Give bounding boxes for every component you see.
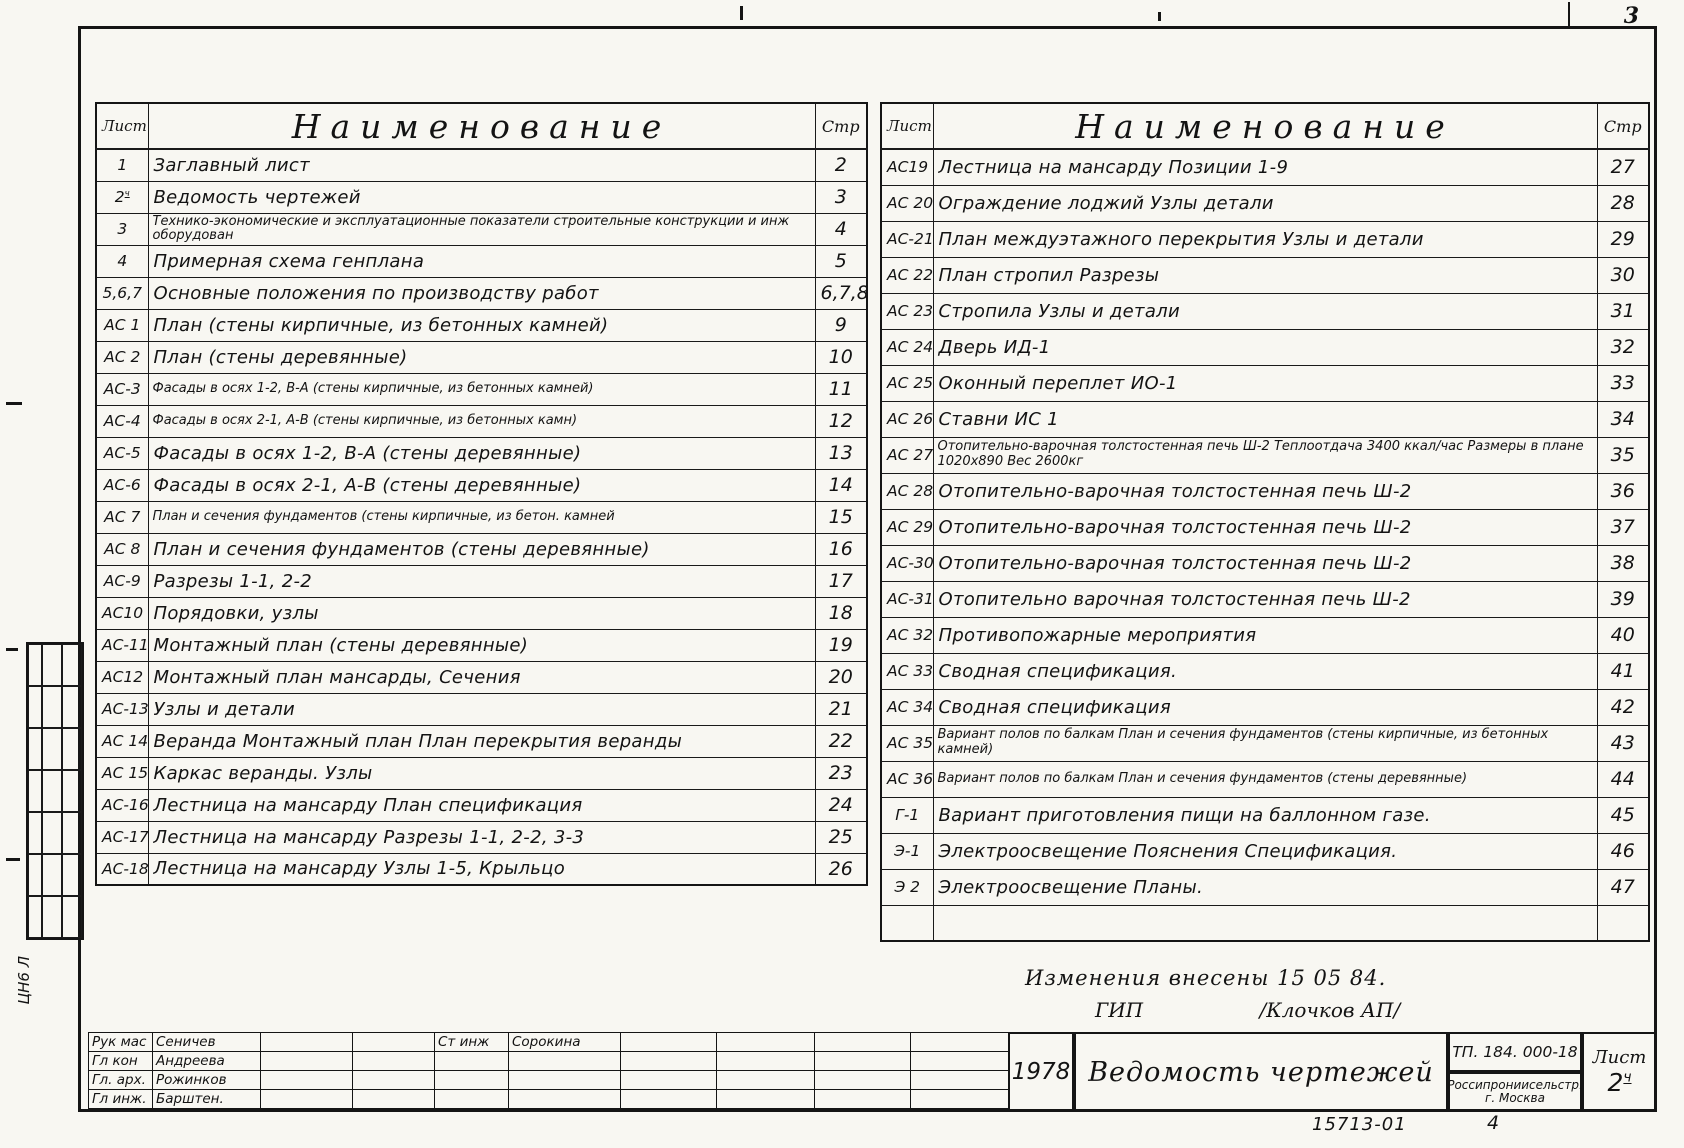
name-cell: Рожинков: [153, 1071, 261, 1090]
sheet-cell: АС 32: [881, 617, 933, 653]
page-cell: 18: [815, 597, 867, 629]
edge-tick-mark: [1158, 12, 1161, 21]
year-cell: 1978: [1008, 1032, 1074, 1112]
name-cell: Сводная спецификация: [933, 689, 1597, 725]
margin-grid-cell: [62, 770, 82, 812]
sheet-cell: АС 35: [881, 725, 933, 761]
margin-grid-cell: [62, 728, 82, 770]
sheet-cell: Г-1: [881, 797, 933, 833]
drawing-row: АС-13Узлы и детали21: [96, 693, 867, 725]
empty-cell: [815, 1052, 911, 1071]
empty-cell: [911, 1033, 1009, 1052]
name-cell: Лестница на мансарду Разрезы 1-1, 2-2, 3…: [148, 821, 815, 853]
drawing-row: АС 27Отопительно-варочная толстостенная …: [881, 437, 1649, 473]
drawing-row: Г-1Вариант приготовления пищи на баллонн…: [881, 797, 1649, 833]
drawing-row: АС-31Отопительно варочная толстостенная …: [881, 581, 1649, 617]
sheet-cell: АС 34: [881, 689, 933, 725]
sheet-cell: АС 26: [881, 401, 933, 437]
name-cell: Оконный переплет ИО-1: [933, 365, 1597, 401]
empty-cell: [911, 1052, 1009, 1071]
sheet-cell: АС 28: [881, 473, 933, 509]
name-cell: [509, 1090, 621, 1109]
drawing-row: АС 24Дверь ИД-132: [881, 329, 1649, 365]
role-cell: [435, 1052, 509, 1071]
drawing-row: 4Примерная схема генплана5: [96, 245, 867, 277]
sheet-cell: АС19: [881, 149, 933, 185]
margin-grid-cell: [42, 644, 62, 686]
page-cell: 24: [815, 789, 867, 821]
name-cell: Вариант полов по балкам План и сечения ф…: [933, 761, 1597, 797]
gip-signature: /Клочков АП/: [1259, 998, 1400, 1022]
margin-grid-cell: [28, 644, 42, 686]
margin-grid-cell: [42, 686, 62, 728]
page-cell: 43: [1597, 725, 1649, 761]
name-cell: Порядовки, узлы: [148, 597, 815, 629]
name-cell: Разрезы 1-1, 2-2: [148, 565, 815, 597]
drawing-row: АС 7План и сечения фундаментов (стены ки…: [96, 501, 867, 533]
edge-tick-mark: [740, 6, 743, 20]
gip-label: ГИП: [1095, 998, 1143, 1022]
name-cell: Отопительно-варочная толстостенная печь …: [933, 473, 1597, 509]
page-cell: 31: [1597, 293, 1649, 329]
empty-cell: [717, 1090, 815, 1109]
page-cell: 10: [815, 341, 867, 373]
page-cell: 29: [1597, 221, 1649, 257]
sheet-cell: АС 25: [881, 365, 933, 401]
name-cell: Монтажный план (стены деревянные): [148, 629, 815, 661]
page-cell: 41: [1597, 653, 1649, 689]
sheet-number: 2ч: [1607, 1068, 1631, 1097]
organization-cell: Россипрониисельстр. г. Москва: [1448, 1072, 1582, 1112]
name-cell: Андреева: [153, 1052, 261, 1071]
sheet-cell: Э-1: [881, 833, 933, 869]
name-cell: Отопительно варочная толстостенная печь …: [933, 581, 1597, 617]
page-cell: 3: [815, 181, 867, 213]
sheet-cell: АС 14: [96, 725, 148, 757]
drawing-row: АС 1План (стены кирпичные, из бетонных к…: [96, 309, 867, 341]
name-cell: Противопожарные мероприятия: [933, 617, 1597, 653]
sheet-cell: АС-17: [96, 821, 148, 853]
name-cell: Веранда Монтажный план План перекрытия в…: [148, 725, 815, 757]
name-cell: Сводная спецификация.: [933, 653, 1597, 689]
empty-cell: [717, 1033, 815, 1052]
empty-cell: [717, 1052, 815, 1071]
sheet-cell: АС-18: [96, 853, 148, 885]
name-cell: Сеничев: [153, 1033, 261, 1052]
name-cell: Электроосвещение Планы.: [933, 869, 1597, 905]
name-cell: [509, 1052, 621, 1071]
name-cell: Ведомость чертежей: [148, 181, 815, 213]
role-cell: Гл. арх.: [89, 1071, 153, 1090]
sheet-number-cell: Лист 2ч: [1582, 1032, 1657, 1112]
drawing-row: Э-1Электроосвещение Пояснения Спецификац…: [881, 833, 1649, 869]
archive-stamp-number: 15713-01: [1312, 1114, 1407, 1135]
margin-grid-cell: [28, 854, 42, 896]
name-cell: Фасады в осях 2-1, А-В (стены кирпичные,…: [148, 405, 815, 437]
revision-note: Изменения внесены 15 05 84.: [1025, 966, 1386, 990]
margin-grid-cell: [28, 896, 42, 938]
drawing-row: АС 33Сводная спецификация.41: [881, 653, 1649, 689]
sheet-cell: АС-13: [96, 693, 148, 725]
drawing-row: АС-4Фасады в осях 2-1, А-В (стены кирпич…: [96, 405, 867, 437]
page-cell: 21: [815, 693, 867, 725]
empty-cell: [815, 1033, 911, 1052]
page-cell: 4: [815, 213, 867, 245]
drawing-row: АС-17Лестница на мансарду Разрезы 1-1, 2…: [96, 821, 867, 853]
edge-tick-mark: [6, 858, 20, 861]
name-cell: Монтажный план мансарды, Сечения: [148, 661, 815, 693]
drawing-row: АС 20Ограждение лоджий Узлы детали28: [881, 185, 1649, 221]
drawing-row: АС 15Каркас веранды. Узлы23: [96, 757, 867, 789]
empty-cell: [621, 1052, 717, 1071]
scanned-drawing-sheet: 3 ЛистНаименованиеСтр1Заглавный лист22чВ…: [0, 0, 1684, 1148]
drawing-row: [881, 905, 1649, 941]
name-cell: Вариант приготовления пищи на баллонном …: [933, 797, 1597, 833]
signature-row: Гл. арх.Рожинков: [89, 1071, 1009, 1090]
signature-row: Рук масСеничевСт инжСорокина: [89, 1033, 1009, 1052]
page-cell: 33: [1597, 365, 1649, 401]
page-cell: 32: [1597, 329, 1649, 365]
page-cell: 25: [815, 821, 867, 853]
page-cell: 44: [1597, 761, 1649, 797]
name-cell: Фасады в осях 1-2, В-А (стены кирпичные,…: [148, 373, 815, 405]
column-header-sheet: Лист: [881, 103, 933, 149]
name-cell: Дверь ИД-1: [933, 329, 1597, 365]
name-cell: Вариант полов по балкам План и сечения ф…: [933, 725, 1597, 761]
page-cell: 19: [815, 629, 867, 661]
page-cell: 22: [815, 725, 867, 757]
sheet-cell: [881, 905, 933, 941]
page-cell: 9: [815, 309, 867, 341]
empty-cell: [621, 1090, 717, 1109]
name-cell: Основные положения по производству работ: [148, 277, 815, 309]
name-cell: Ограждение лоджий Узлы детали: [933, 185, 1597, 221]
drawing-row: АС 32Противопожарные мероприятия40: [881, 617, 1649, 653]
project-code: ТП. 184. 000-18: [1448, 1032, 1582, 1072]
inventory-number-label: ЦН6 Л: [10, 940, 38, 1020]
empty-cell: [353, 1071, 435, 1090]
organization-city: г. Москва: [1485, 1092, 1545, 1105]
sheet-cell: АС 24: [881, 329, 933, 365]
page-cell: 15: [815, 501, 867, 533]
drawing-row: 1Заглавный лист2: [96, 149, 867, 181]
name-cell: Лестница на мансарду План спецификация: [148, 789, 815, 821]
edge-tick-mark: [6, 402, 22, 405]
page-cell: 17: [815, 565, 867, 597]
signature-row: Гл конАндреева: [89, 1052, 1009, 1071]
page-cell: 34: [1597, 401, 1649, 437]
column-header-sheet: Лист: [96, 103, 148, 149]
name-cell: Примерная схема генплана: [148, 245, 815, 277]
margin-grid-cell: [62, 644, 82, 686]
name-cell: Заглавный лист: [148, 149, 815, 181]
empty-cell: [621, 1033, 717, 1052]
archive-stamp-sheet: 4: [1487, 1112, 1499, 1134]
column-header-name: Наименование: [933, 103, 1597, 149]
margin-grid-cell: [28, 686, 42, 728]
drawing-row: АС-21План междуэтажного перекрытия Узлы …: [881, 221, 1649, 257]
page-cell: 14: [815, 469, 867, 501]
page-cell: 6,7,8: [815, 277, 867, 309]
role-cell: Рук мас: [89, 1033, 153, 1052]
page-cell: 37: [1597, 509, 1649, 545]
empty-cell: [911, 1071, 1009, 1090]
name-cell: [933, 905, 1597, 941]
name-cell: Каркас веранды. Узлы: [148, 757, 815, 789]
drawing-row: АС 35Вариант полов по балкам План и сече…: [881, 725, 1649, 761]
name-cell: Отопительно-варочная толстостенная печь …: [933, 509, 1597, 545]
empty-cell: [911, 1090, 1009, 1109]
page-cell: 11: [815, 373, 867, 405]
role-cell: Гл инж.: [89, 1090, 153, 1109]
sheet-cell: АС-6: [96, 469, 148, 501]
role-cell: [435, 1071, 509, 1090]
sheet-cell: АС 33: [881, 653, 933, 689]
empty-cell: [353, 1090, 435, 1109]
gip-signature-line: ГИП /Клочков АП/: [1095, 998, 1400, 1022]
edge-tick-mark: [6, 648, 18, 651]
drawing-row: АС-11Монтажный план (стены деревянные)19: [96, 629, 867, 661]
page-cell: 27: [1597, 149, 1649, 185]
page-cell: 38: [1597, 545, 1649, 581]
drawing-row: АС-9Разрезы 1-1, 2-217: [96, 565, 867, 597]
margin-grid-cell: [42, 854, 62, 896]
sheet-cell: АС 8: [96, 533, 148, 565]
column-header-page: Стр: [1597, 103, 1649, 149]
drawing-row: АС 23Стропила Узлы и детали31: [881, 293, 1649, 329]
margin-grid-cell: [28, 812, 42, 854]
name-cell: Ставни ИС 1: [933, 401, 1597, 437]
drawing-row: АС-18Лестница на мансарду Узлы 1-5, Крыл…: [96, 853, 867, 885]
name-cell: Лестница на мансарду Позиции 1-9: [933, 149, 1597, 185]
drawing-row: АС-16Лестница на мансарду План специфика…: [96, 789, 867, 821]
page-cell: 39: [1597, 581, 1649, 617]
empty-cell: [261, 1071, 353, 1090]
margin-grid-cell: [62, 896, 82, 938]
drawing-row: АС 25Оконный переплет ИО-133: [881, 365, 1649, 401]
drawing-row: АС10Порядовки, узлы18: [96, 597, 867, 629]
page-cell: 40: [1597, 617, 1649, 653]
sheet-cell: АС-11: [96, 629, 148, 661]
page-cell: 47: [1597, 869, 1649, 905]
signature-row: Гл инж.Барштен.: [89, 1090, 1009, 1109]
name-cell: Фасады в осях 2-1, А-В (стены деревянные…: [148, 469, 815, 501]
margin-grid-cell: [28, 770, 42, 812]
sheet-cell: АС-5: [96, 437, 148, 469]
role-cell: [435, 1090, 509, 1109]
column-header-name: Наименование: [148, 103, 815, 149]
page-cell: 13: [815, 437, 867, 469]
role-cell: Гл кон: [89, 1052, 153, 1071]
sheet-cell: Э 2: [881, 869, 933, 905]
drawing-row: АС 14Веранда Монтажный план План перекры…: [96, 725, 867, 757]
empty-cell: [621, 1071, 717, 1090]
page-cell: 20: [815, 661, 867, 693]
drawing-row: Э 2Электроосвещение Планы.47: [881, 869, 1649, 905]
drawing-row: 5,6,7Основные положения по производству …: [96, 277, 867, 309]
role-cell: Ст инж: [435, 1033, 509, 1052]
sheet-cell: АС 29: [881, 509, 933, 545]
empty-cell: [815, 1090, 911, 1109]
name-cell: План междуэтажного перекрытия Узлы и дет…: [933, 221, 1597, 257]
drawing-row: АС 28Отопительно-варочная толстостенная …: [881, 473, 1649, 509]
page-corner-mark: 3: [1568, 2, 1657, 29]
name-cell: Фасады в осях 1-2, В-А (стены деревянные…: [148, 437, 815, 469]
sheet-cell: АС-4: [96, 405, 148, 437]
name-cell: [509, 1071, 621, 1090]
drawing-row: АС 8План и сечения фундаментов (стены де…: [96, 533, 867, 565]
name-cell: План (стены кирпичные, из бетонных камне…: [148, 309, 815, 341]
sheet-cell: АС 27: [881, 437, 933, 473]
drawing-row: АС 22План стропил Разрезы30: [881, 257, 1649, 293]
sheet-cell: АС-21: [881, 221, 933, 257]
drawings-list-table-left: ЛистНаименованиеСтр1Заглавный лист22чВед…: [95, 102, 868, 886]
drawing-row: АС19Лестница на мансарду Позиции 1-927: [881, 149, 1649, 185]
sheet-cell: АС 36: [881, 761, 933, 797]
drawing-row: АС 26Ставни ИС 134: [881, 401, 1649, 437]
page-cell: 28: [1597, 185, 1649, 221]
margin-grid-cell: [28, 728, 42, 770]
page-cell: 23: [815, 757, 867, 789]
sheet-label: Лист: [1593, 1047, 1647, 1068]
sheet-cell: АС-30: [881, 545, 933, 581]
page-cell: 35: [1597, 437, 1649, 473]
name-cell: Стропила Узлы и детали: [933, 293, 1597, 329]
name-cell: План и сечения фундаментов (стены кирпич…: [148, 501, 815, 533]
page-cell: 16: [815, 533, 867, 565]
drawing-row: АС-6Фасады в осях 2-1, А-В (стены деревя…: [96, 469, 867, 501]
name-cell: Отопительно-варочная толстостенная печь …: [933, 545, 1597, 581]
sheet-cell: АС 2: [96, 341, 148, 373]
drawing-row: АС-5Фасады в осях 1-2, В-А (стены деревя…: [96, 437, 867, 469]
empty-cell: [815, 1071, 911, 1090]
drawing-row: 2чВедомость чертежей3: [96, 181, 867, 213]
empty-cell: [261, 1033, 353, 1052]
name-cell: Электроосвещение Пояснения Спецификация.: [933, 833, 1597, 869]
drawing-row: АС 34Сводная спецификация42: [881, 689, 1649, 725]
margin-grid-cell: [42, 812, 62, 854]
sheet-cell: 3: [96, 213, 148, 245]
empty-cell: [717, 1071, 815, 1090]
sheet-cell: 1: [96, 149, 148, 181]
empty-cell: [353, 1033, 435, 1052]
sheet-cell: АС10: [96, 597, 148, 629]
margin-grid-cell: [62, 686, 82, 728]
page-cell: 46: [1597, 833, 1649, 869]
sheet-cell: АС 22: [881, 257, 933, 293]
signature-block: Рук масСеничевСт инжСорокинаГл конАндрее…: [88, 1032, 1009, 1109]
margin-grid-cell: [42, 896, 62, 938]
document-title: Ведомость чертежей: [1074, 1032, 1448, 1112]
sheet-cell: АС 23: [881, 293, 933, 329]
drawings-list-table-right: ЛистНаименованиеСтрАС19Лестница на манса…: [880, 102, 1650, 942]
margin-revision-grid: [26, 642, 84, 940]
drawing-row: АС 2План (стены деревянные)10: [96, 341, 867, 373]
drawing-row: 3Технико-экономические и эксплуатационны…: [96, 213, 867, 245]
page-cell: 45: [1597, 797, 1649, 833]
name-cell: Отопительно-варочная толстостенная печь …: [933, 437, 1597, 473]
name-cell: Барштен.: [153, 1090, 261, 1109]
page-cell: 5: [815, 245, 867, 277]
sheet-cell: 5,6,7: [96, 277, 148, 309]
empty-cell: [261, 1090, 353, 1109]
page-cell: 12: [815, 405, 867, 437]
column-header-page: Стр: [815, 103, 867, 149]
margin-grid-cell: [42, 770, 62, 812]
sheet-cell: АС 7: [96, 501, 148, 533]
sheet-cell: АС-31: [881, 581, 933, 617]
page-cell: 30: [1597, 257, 1649, 293]
empty-cell: [353, 1052, 435, 1071]
sheet-cell: АС-16: [96, 789, 148, 821]
name-cell: Лестница на мансарду Узлы 1-5, Крыльцо: [148, 853, 815, 885]
sheet-cell: АС-3: [96, 373, 148, 405]
page-cell: 36: [1597, 473, 1649, 509]
sheet-cell: АС 15: [96, 757, 148, 789]
page-cell: 2: [815, 149, 867, 181]
drawing-row: АС-3Фасады в осях 1-2, В-А (стены кирпич…: [96, 373, 867, 405]
sheet-cell: АС 1: [96, 309, 148, 341]
drawing-row: АС 29Отопительно-варочная толстостенная …: [881, 509, 1649, 545]
name-cell: План и сечения фундаментов (стены деревя…: [148, 533, 815, 565]
name-cell: Сорокина: [509, 1033, 621, 1052]
drawing-row: АС-30Отопительно-варочная толстостенная …: [881, 545, 1649, 581]
sheet-cell: АС 20: [881, 185, 933, 221]
sheet-cell: АС-9: [96, 565, 148, 597]
margin-grid-cell: [42, 728, 62, 770]
page-cell: 42: [1597, 689, 1649, 725]
margin-grid-cell: [62, 812, 82, 854]
sheet-cell: АС12: [96, 661, 148, 693]
name-cell: Технико-экономические и эксплуатационные…: [148, 213, 815, 245]
corner-mark-number: 3: [1624, 3, 1639, 29]
name-cell: Узлы и детали: [148, 693, 815, 725]
sheet-cell: 2ч: [96, 181, 148, 213]
drawing-row: АС 36Вариант полов по балкам План и сече…: [881, 761, 1649, 797]
sheet-cell: 4: [96, 245, 148, 277]
name-cell: План (стены деревянные): [148, 341, 815, 373]
drawing-row: АС12Монтажный план мансарды, Сечения20: [96, 661, 867, 693]
page-cell: 26: [815, 853, 867, 885]
margin-grid-cell: [62, 854, 82, 896]
empty-cell: [261, 1052, 353, 1071]
name-cell: План стропил Разрезы: [933, 257, 1597, 293]
page-cell: [1597, 905, 1649, 941]
